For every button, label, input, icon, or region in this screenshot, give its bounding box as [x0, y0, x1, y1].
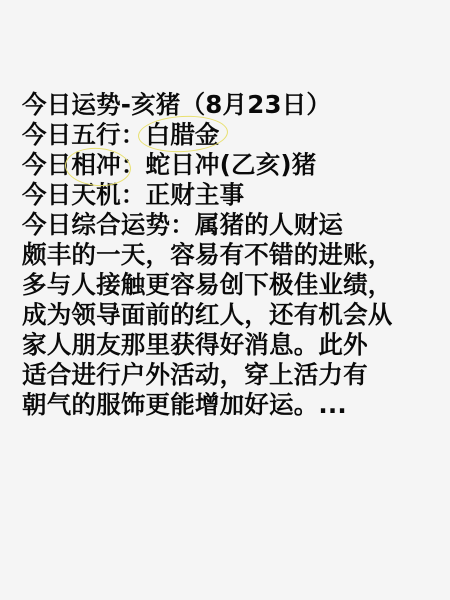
five-elements-label: 今日五行： — [22, 120, 146, 149]
fortune-article: 今日运势-亥猪（8月23日） 今日五行：白腊金 今日相冲：蛇日冲(乙亥)猪 今日… — [22, 90, 442, 420]
five-elements-value: 白腊金 — [146, 120, 220, 149]
clash-value: 蛇日冲(乙亥)猪 — [146, 150, 317, 179]
overall-text-line: 属猪的人财运 — [195, 210, 343, 239]
clash-label-highlight-text: 相冲 — [71, 150, 120, 179]
five-elements-value-highlight: 白腊金 — [146, 120, 220, 150]
overall-text-line: 朝气的服饰更能增加好运。... — [22, 390, 442, 420]
overall-text-line: 颇丰的一天，容易有不错的进账， — [22, 240, 442, 270]
overall-text-line: 适合进行户外活动，穿上活力有 — [22, 360, 442, 390]
five-elements-row: 今日五行：白腊金 — [22, 120, 442, 150]
overall-row: 今日综合运势：属猪的人财运 — [22, 210, 442, 240]
overall-label: 今日综合运势： — [22, 210, 195, 239]
heavenly-value: 正财主事 — [146, 180, 245, 209]
clash-label-prefix: 今日 — [22, 150, 71, 179]
clash-label-suffix: ： — [121, 150, 146, 179]
clash-row: 今日相冲：蛇日冲(乙亥)猪 — [22, 150, 442, 180]
heavenly-row: 今日天机：正财主事 — [22, 180, 442, 210]
overall-text-line: 成为领导面前的红人，还有机会从 — [22, 300, 442, 330]
heavenly-label: 今日天机： — [22, 180, 146, 209]
clash-label-highlight: 相冲 — [71, 150, 120, 180]
overall-text-line: 家人朋友那里获得好消息。此外 — [22, 330, 442, 360]
overall-text-line: 多与人接触更容易创下极佳业绩， — [22, 270, 442, 300]
fortune-title: 今日运势-亥猪（8月23日） — [22, 90, 442, 120]
